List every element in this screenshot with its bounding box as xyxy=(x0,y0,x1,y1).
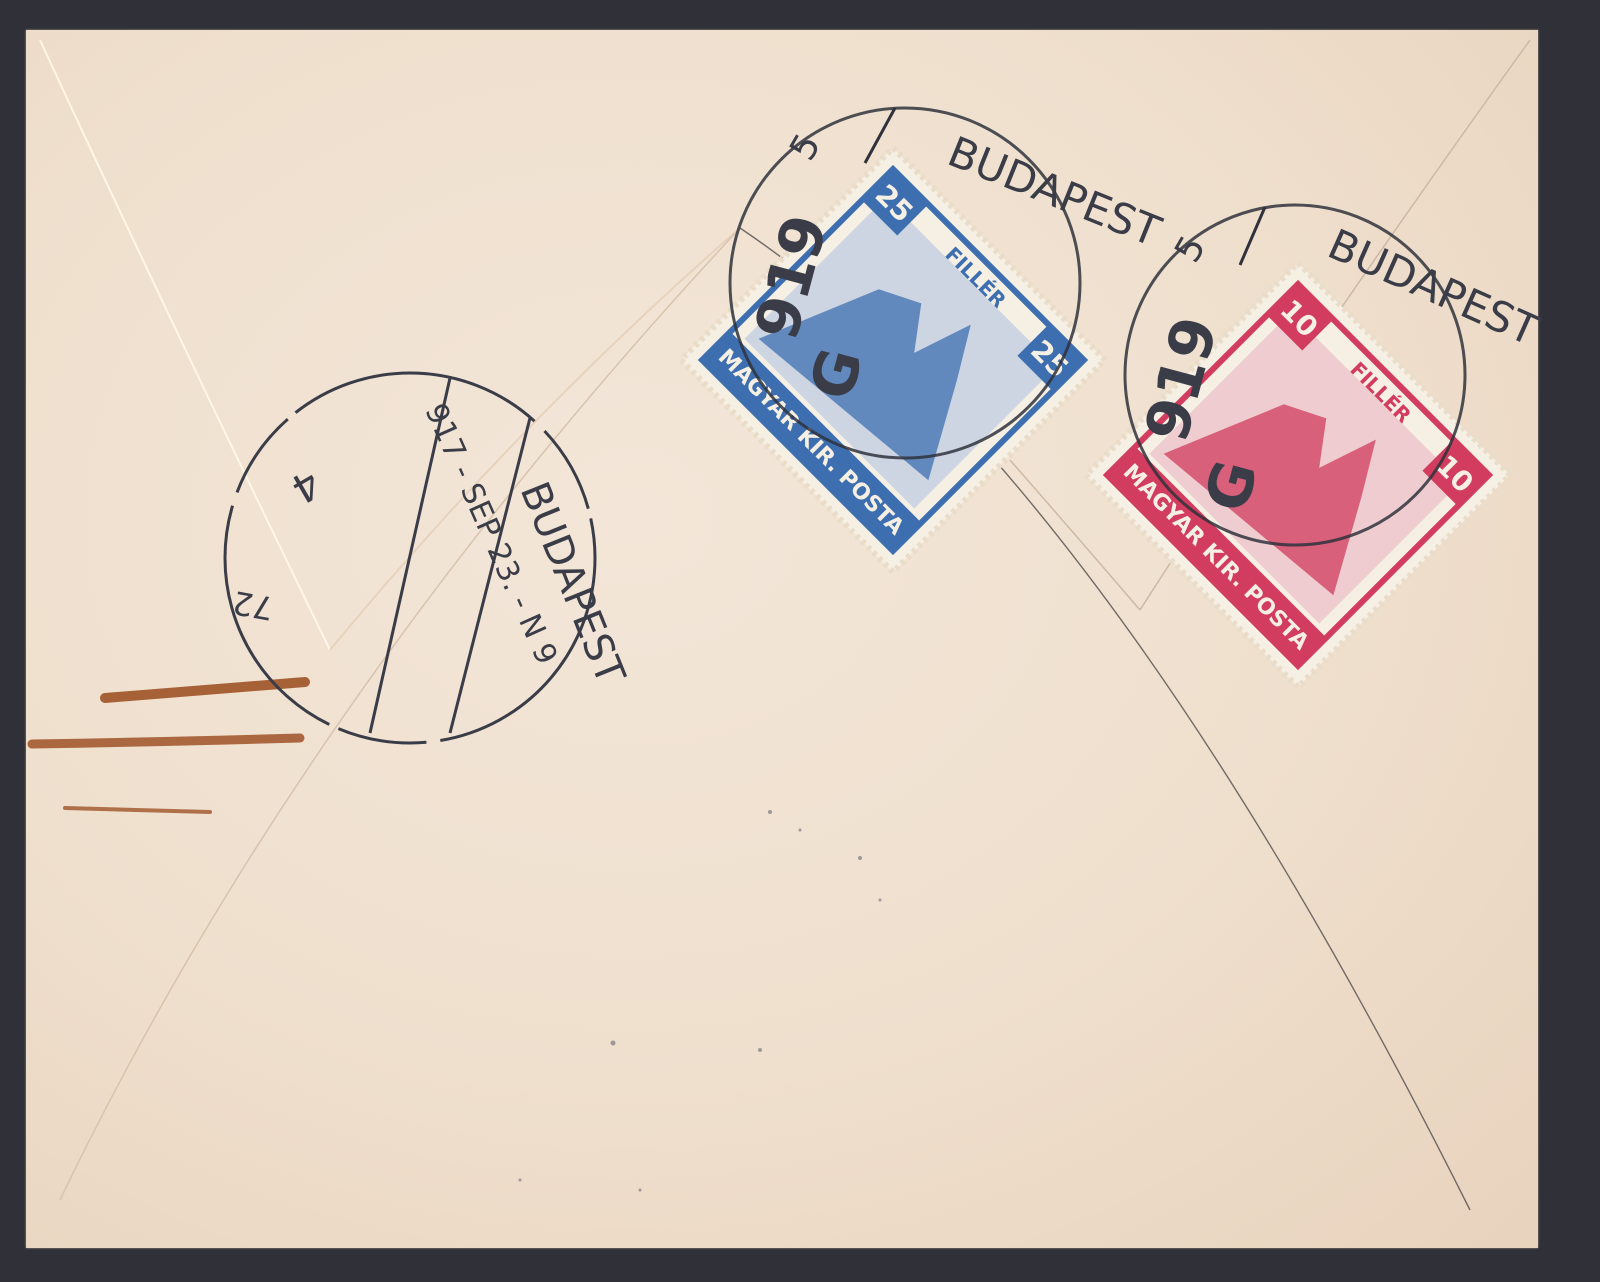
ink-specks xyxy=(519,810,882,1192)
svg-text:5: 5 xyxy=(1167,229,1214,269)
envelope-artwork: 917 - SEP 23. - N 9 BUDAPEST 4 72 MAGYAR… xyxy=(0,0,1600,1282)
svg-text:4: 4 xyxy=(283,459,328,512)
stamp-10-filler: MAGYAR KIR. POSTA 10 10 FILLÉR xyxy=(1086,263,1510,687)
svg-text:72: 72 xyxy=(230,583,277,627)
svg-text:5: 5 xyxy=(782,127,829,167)
rust-stains xyxy=(32,682,305,812)
